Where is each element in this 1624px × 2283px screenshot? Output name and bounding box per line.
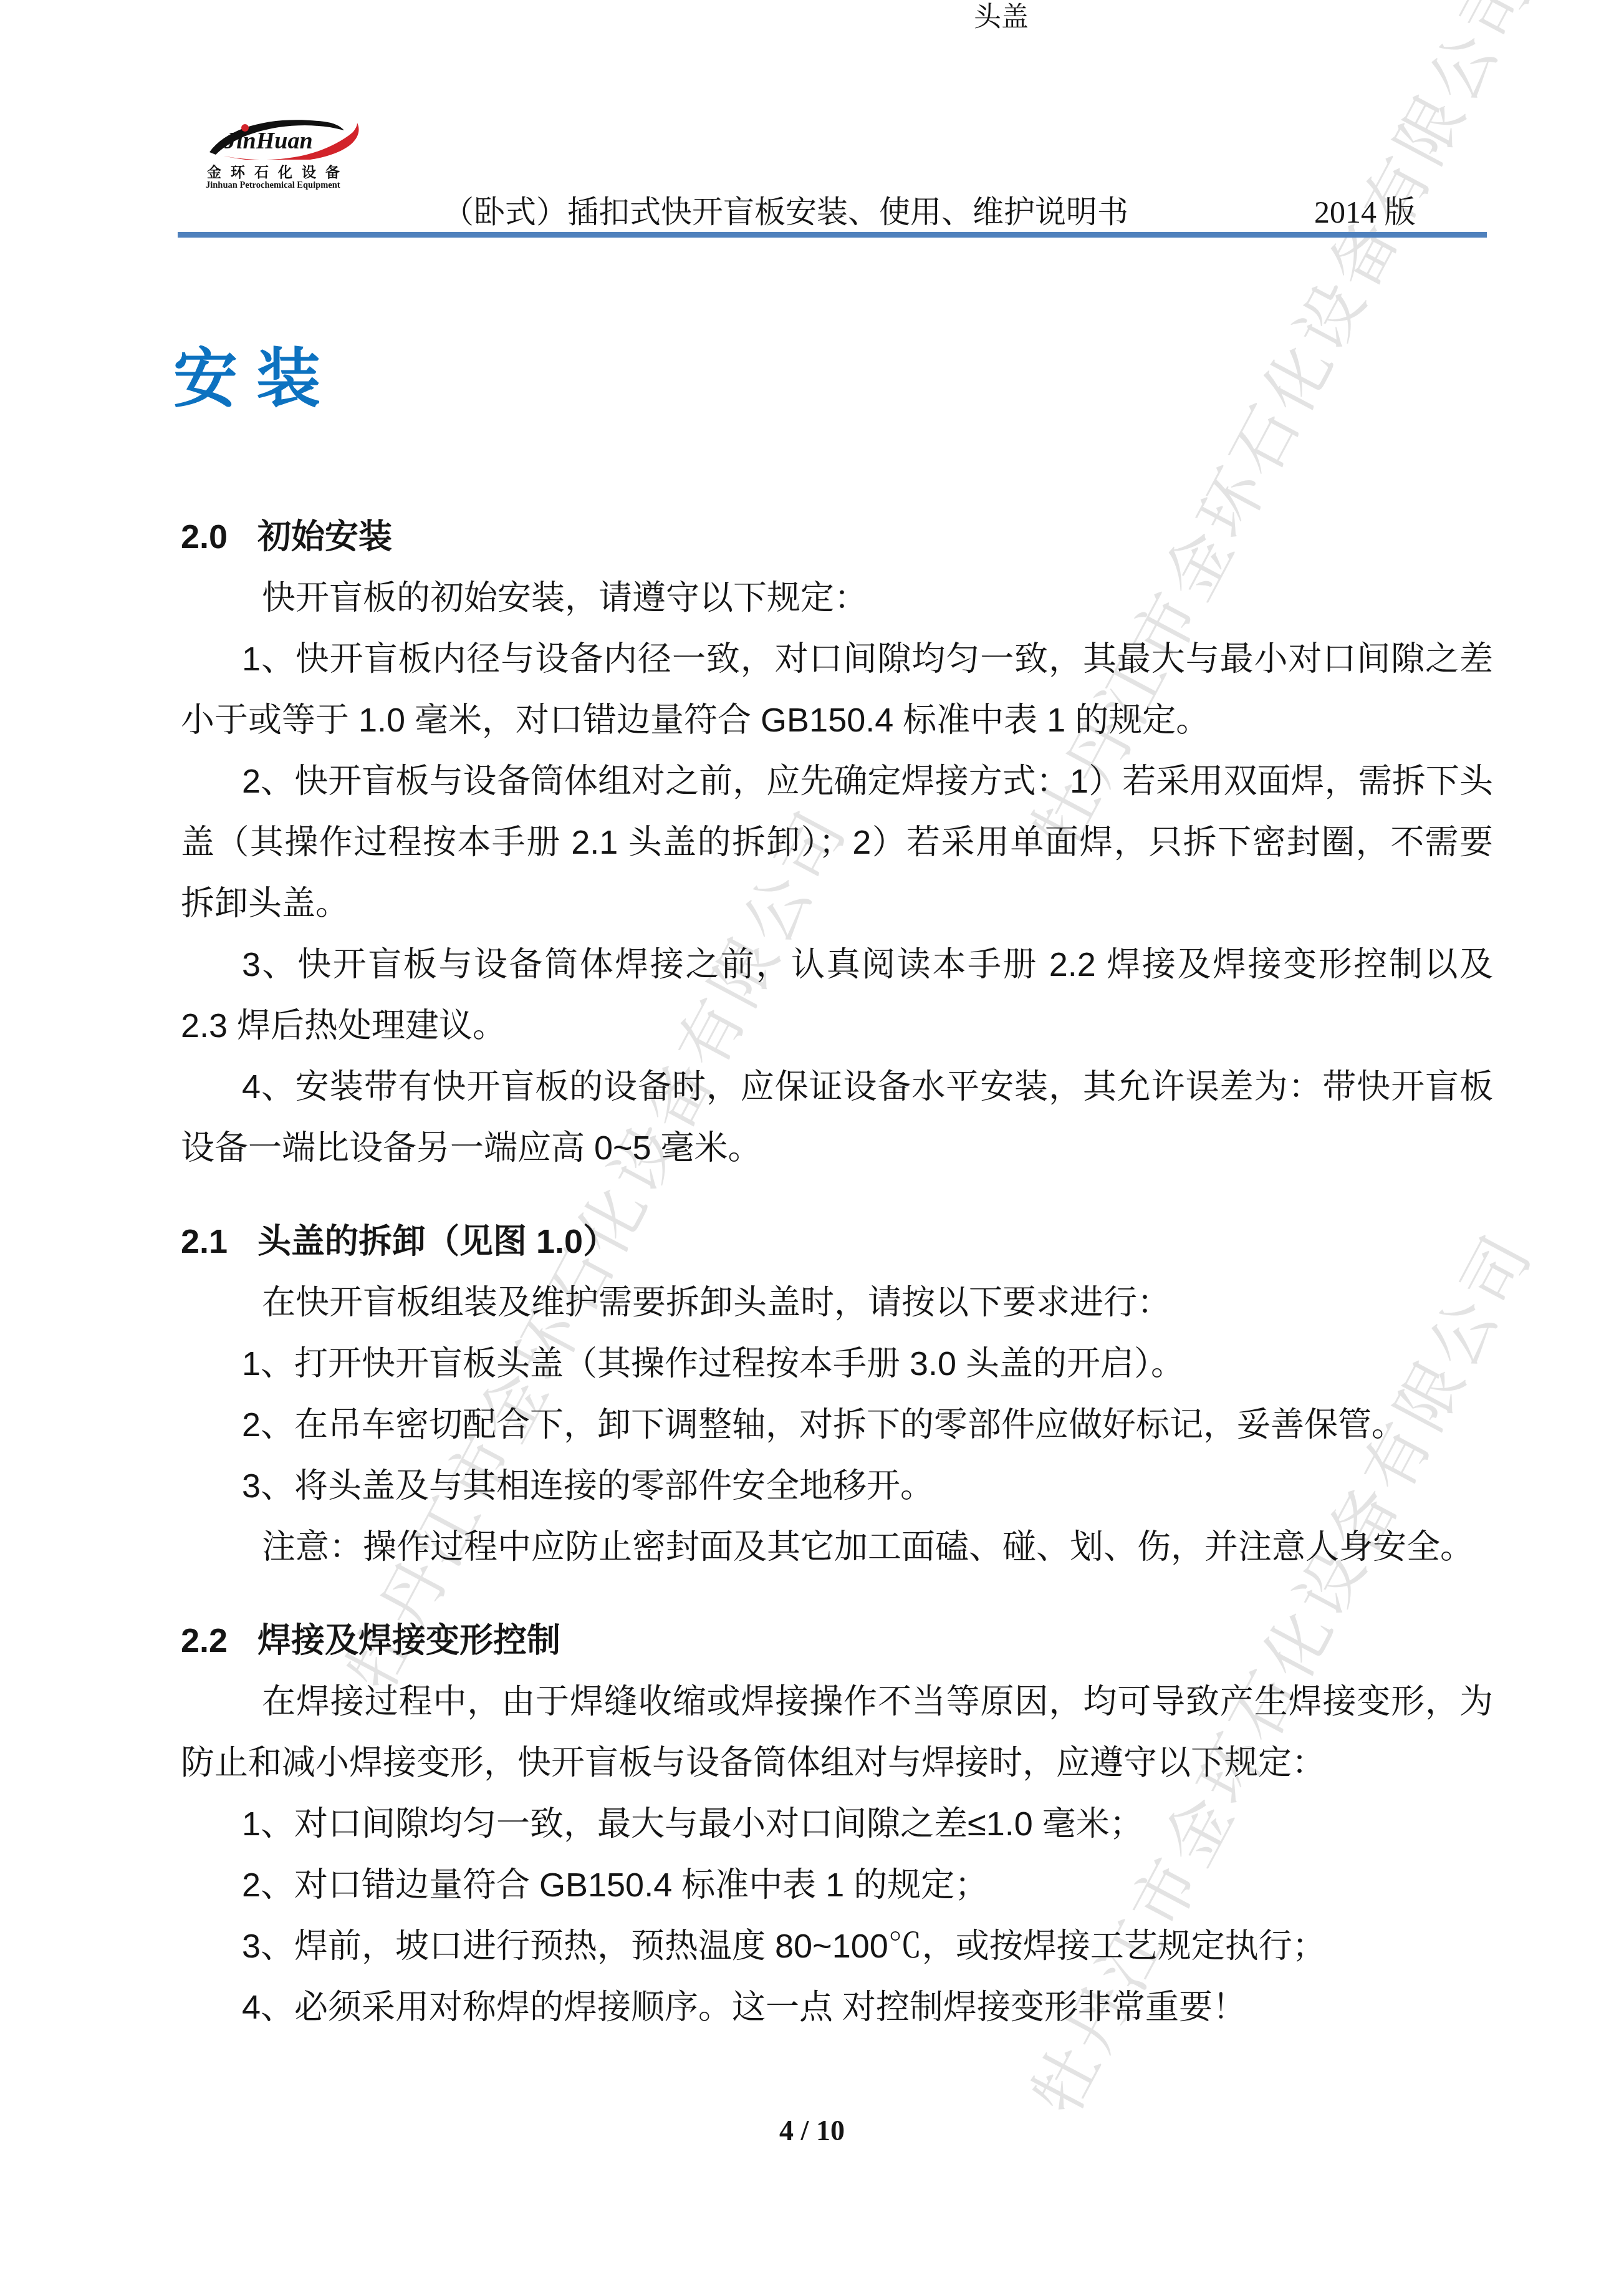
page-number: 4 / 10 bbox=[0, 2114, 1624, 2147]
paragraph: 2、对口错边量符合 GB150.4 标准中表 1 的规定； bbox=[181, 1855, 1493, 1916]
logo-chinese-name: 金环石化设备 bbox=[207, 161, 349, 181]
section-heading: 2.0初始安装 bbox=[181, 506, 1493, 567]
paragraph: 1、打开快开盲板头盖（其操作过程按本手册 3.0 头盖的开启）。 bbox=[181, 1333, 1493, 1394]
logo-red-dot-icon bbox=[241, 124, 249, 132]
paragraph: 4、必须采用对称焊的焊接顺序。这一点 对控制焊接变形非常重要！ bbox=[181, 1977, 1493, 2038]
paragraph: 3、焊前，坡口进行预热，预热温度 80~100℃，或按焊接工艺规定执行； bbox=[181, 1916, 1493, 1977]
logo-script-text: JinHuan bbox=[224, 128, 313, 154]
document-page: 牡丹江市金环石化设备有限公司 牡丹江市金环石化设备有限公司 牡丹江市金环石化设备… bbox=[0, 0, 1624, 2283]
section-title: 初始安装 bbox=[257, 518, 392, 556]
paragraph: 在焊接过程中，由于焊缝收缩或焊接操作不当等原因，均可导致产生焊接变形，为防止和减… bbox=[181, 1671, 1493, 1793]
section-number: 2.2 bbox=[181, 1610, 228, 1671]
paragraph: 1、对口间隙均匀一致，最大与最小对口间隙之差≤1.0 毫米； bbox=[181, 1793, 1493, 1855]
paragraph: 快开盲板的初始安装，请遵守以下规定： bbox=[181, 567, 1493, 629]
paragraph: 1、快开盲板内径与设备内径一致，对口间隙均匀一致，其最大与最小对口间隙之差小于或… bbox=[181, 629, 1493, 751]
running-header-label: 头盖 bbox=[974, 2, 1029, 32]
section-title: 焊接及焊接变形控制 bbox=[257, 1622, 560, 1659]
paragraph: 2、快开盲板与设备筒体组对之前，应先确定焊接方式：1）若采用双面焊，需拆下头盖（… bbox=[181, 751, 1493, 934]
document-title: （卧式）插扣式快开盲板安装、使用、维护说明书 bbox=[443, 187, 1128, 232]
section-title: 头盖的拆卸 bbox=[257, 1223, 426, 1260]
paragraph: 4、安装带有快开盲板的设备时，应保证设备水平安装，其允许误差为：带快开盲板设备一… bbox=[181, 1056, 1493, 1179]
paragraph: 3、将头盖及与其相连接的零部件安全地移开。 bbox=[181, 1455, 1493, 1517]
logo-swoosh-icon: JinHuan bbox=[206, 118, 362, 160]
section-head-cover-removal: 2.1头盖的拆卸（见图 1.0） 在快开盲板组装及维护需要拆卸头盖时，请按以下要… bbox=[181, 1211, 1493, 1578]
logo-english-name: Jinhuan Petrochemical Equipment bbox=[206, 180, 340, 191]
section-welding-deformation-control: 2.2焊接及焊接变形控制 在焊接过程中，由于焊缝收缩或焊接操作不当等原因，均可导… bbox=[181, 1610, 1493, 2038]
paragraph: 注意：操作过程中应防止密封面及其它加工面磕、碰、划、伤，并注意人身安全。 bbox=[181, 1517, 1493, 1578]
paragraph: 在快开盲板组装及维护需要拆卸头盖时，请按以下要求进行： bbox=[181, 1272, 1493, 1333]
edition-label: 2014 版 bbox=[1314, 187, 1416, 232]
body-content: 2.0初始安装 快开盲板的初始安装，请遵守以下规定： 1、快开盲板内径与设备内径… bbox=[181, 506, 1493, 2038]
section-heading: 2.1头盖的拆卸（见图 1.0） bbox=[181, 1211, 1493, 1272]
paragraph: 2、在吊车密切配合下，卸下调整轴，对拆下的零部件应做好标记，妥善保管。 bbox=[181, 1394, 1493, 1455]
jinhuan-logo: JinHuan 金环石化设备 Jinhuan Petrochemical Equ… bbox=[206, 118, 362, 160]
section-title-suffix: （见图 1.0） bbox=[426, 1223, 617, 1260]
chapter-heading: 安装 bbox=[173, 347, 339, 411]
header-divider-rule bbox=[178, 232, 1487, 238]
paragraph: 3、快开盲板与设备筒体焊接之前，认真阅读本手册 2.2 焊接及焊接变形控制以及 … bbox=[181, 934, 1493, 1056]
section-initial-installation: 2.0初始安装 快开盲板的初始安装，请遵守以下规定： 1、快开盲板内径与设备内径… bbox=[181, 506, 1493, 1179]
section-heading: 2.2焊接及焊接变形控制 bbox=[181, 1610, 1493, 1671]
section-number: 2.0 bbox=[181, 506, 228, 567]
section-number: 2.1 bbox=[181, 1211, 228, 1272]
